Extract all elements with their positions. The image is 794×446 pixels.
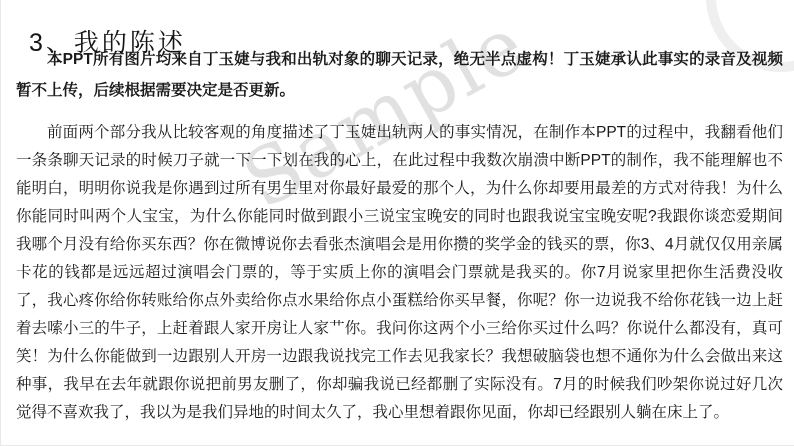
slide-body: 本PPT所有图片均来自丁玉婕与我和出轨对象的聊天记录，绝无半点虚构！丁玉婕承认此… [16, 44, 783, 427]
disclaimer-paragraph: 本PPT所有图片均来自丁玉婕与我和出轨对象的聊天记录，绝无半点虚构！丁玉婕承认此… [16, 44, 783, 106]
presentation-slide: Sample 3、我的陈述 本PPT所有图片均来自丁玉婕与我和出轨对象的聊天记录… [0, 0, 794, 446]
statement-paragraph: 前面两个部分我从比较客观的角度描述了丁玉婕出轨两人的事实情况，在制作本PPT的过… [16, 119, 783, 427]
